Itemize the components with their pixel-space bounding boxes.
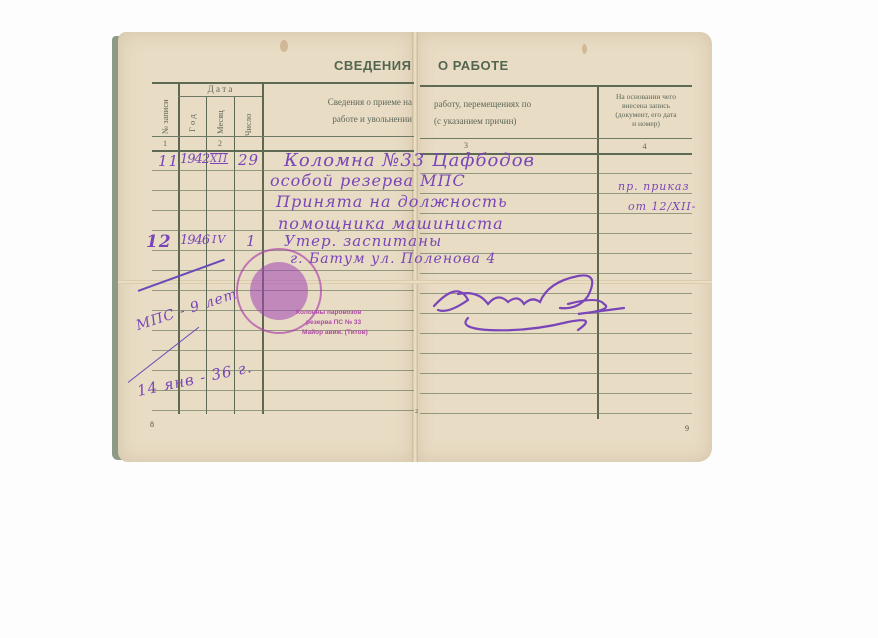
row-line <box>420 373 692 374</box>
stamp-line2: резерва ПС № 33 <box>306 319 361 326</box>
entry-11-line1: Коломна №33 Цафбодов <box>284 150 535 171</box>
header-col3-left-line1: Сведения о приеме на <box>272 96 412 109</box>
entry-12-line2: г. Батум ул. Поленова 4 <box>290 251 496 267</box>
header-month: Месяц <box>215 110 225 134</box>
entry-11-basis-2: от 12/XII- <box>628 200 697 213</box>
header-col3-right: работу, перемещениях по (с указанием при… <box>434 98 574 128</box>
row-line <box>420 393 692 394</box>
col-divider-basis <box>597 85 599 419</box>
column-number-1: 1 <box>152 137 178 150</box>
column-number-4: 4 <box>597 140 692 153</box>
row-line <box>152 190 414 191</box>
section-title-left: СВЕДЕНИЯ <box>334 58 411 73</box>
entry-11-line2: особой резерва МПС <box>270 171 466 190</box>
header-col3-left: Сведения о приеме на работе и увольнении <box>272 96 412 126</box>
header-entry-number: № записи <box>160 99 170 134</box>
entry-11-basis-1: пр. приказ <box>618 180 689 193</box>
header-col3-right-line1: работу, перемещениях по <box>434 98 574 111</box>
header-year: Г о д <box>187 114 197 132</box>
header-date-group: Д а т а <box>178 83 262 96</box>
signature <box>428 270 638 340</box>
entry-11-number: 11 <box>158 152 179 170</box>
row-line <box>420 233 692 234</box>
entry-12-year: 1946 <box>180 233 209 248</box>
entry-12-number: 12 <box>146 232 172 252</box>
header-basis-line3: (документ, его дата <box>600 110 692 119</box>
date-group-underline <box>178 96 262 97</box>
header-col3-left-line2: работе и увольнении <box>272 113 412 126</box>
gutter-mark: 2 <box>415 409 418 415</box>
page-number-left: 8 <box>150 420 154 429</box>
col-divider-day <box>262 82 264 414</box>
entry-11-year: 1942 <box>180 152 209 167</box>
stain-mark <box>582 44 587 54</box>
header-day: Число <box>243 114 253 136</box>
header-col3-right-line2: (с указанием причин) <box>434 115 574 128</box>
header-basis-line2: внесена запись <box>600 101 692 110</box>
header-basis-line1: На основании чего <box>600 92 692 101</box>
row-line <box>420 353 692 354</box>
entry-11-month: XII <box>210 154 228 165</box>
row-line <box>152 390 414 391</box>
entry-11-day: 29 <box>238 151 259 169</box>
stain-mark <box>280 40 288 52</box>
row-line <box>152 410 414 411</box>
signature-scribble-icon <box>428 270 638 340</box>
entry-11-line3: Принята на должность <box>276 192 508 211</box>
page-number-right: 9 <box>685 424 689 433</box>
header-basis-line4: и номер) <box>600 119 692 128</box>
stamp-line3: Майор авиж. (Титов) <box>302 329 368 336</box>
row-line <box>420 413 692 414</box>
row-line <box>152 350 414 351</box>
stamp-line1: Колонны паровозов <box>296 309 361 316</box>
entry-11-line4: помощника машиниста <box>278 214 504 233</box>
column-number-2: 2 <box>178 137 262 150</box>
col-divider-number <box>178 82 180 414</box>
entry-12-day: 1 <box>246 232 257 250</box>
entry-12-line1: Утер. заспитаны <box>284 232 442 250</box>
section-title-right: О РАБОТЕ <box>438 58 509 73</box>
entry-12-month: IV <box>212 233 226 246</box>
table-top-rule-right <box>420 85 692 87</box>
work-record-book-spread: СВЕДЕНИЯ О РАБОТЕ № записи Д а т а Г о д… <box>112 32 712 464</box>
header-basis: На основании чего внесена запись (докуме… <box>600 92 692 128</box>
